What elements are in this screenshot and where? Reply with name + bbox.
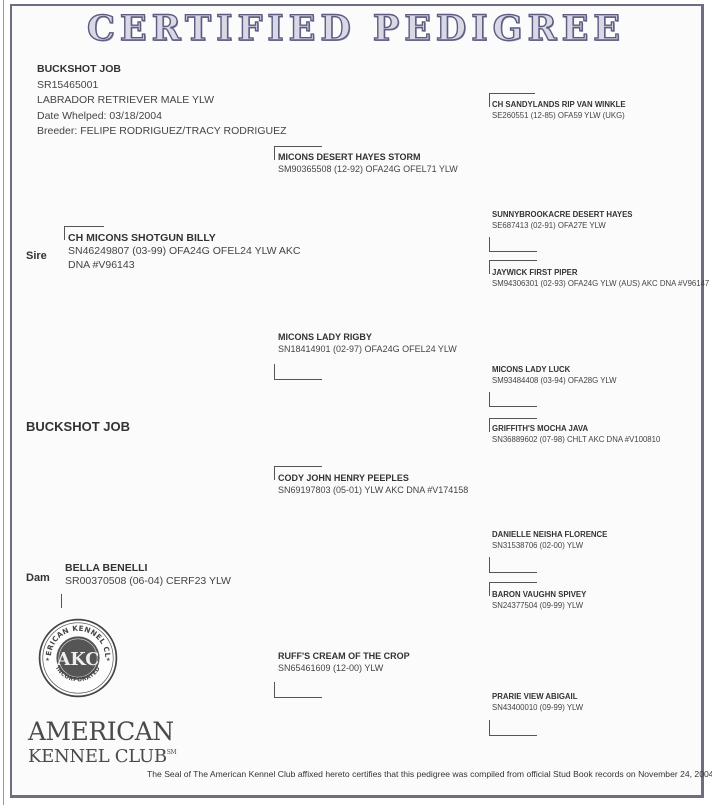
dam-entry: BELLA BENELLI SR00370508 (06-04) CERF23 … — [65, 562, 231, 588]
gen3-info-3: SM94306301 (02-93) OFA24G YLW (AUS) AKC … — [492, 279, 709, 288]
subject-registration: SR15465001 — [37, 78, 287, 94]
gen3-8-bracket — [489, 720, 537, 736]
gen3-entry-7: BARON VAUGHN SPIVEY SN24377504 (09-99) Y… — [492, 590, 586, 610]
akc-wordmark-line1: AMERICAN — [28, 717, 174, 746]
sire-dam-bracket — [274, 364, 322, 380]
dam-label: Dam — [26, 572, 50, 584]
subject-name: BUCKSHOT JOB — [37, 62, 287, 78]
gen3-name-8: PRARIE VIEW ABIGAIL — [492, 692, 583, 701]
subject-date-whelped: Date Whelped: 03/18/2004 — [37, 109, 287, 125]
gen3-info-6: SN31538706 (02-00) YLW — [492, 541, 607, 550]
gen3-entry-2: SUNNYBROOKACRE DESERT HAYES SE687413 (02… — [492, 210, 633, 230]
akc-wordmark-line2: KENNEL CLUBSM — [28, 746, 176, 767]
dam-bracket — [61, 594, 62, 608]
gen3-name-3: JAYWICK FIRST PIPER — [492, 268, 709, 277]
gen3-2-bracket — [489, 237, 537, 252]
certification-footer: The Seal of The American Kennel Club aff… — [147, 769, 712, 779]
sire-entry: CH MICONS SHOTGUN BILLY SN46249807 (03-9… — [68, 232, 301, 272]
gen3-6-bracket — [489, 557, 537, 573]
dam-sire-entry: CODY JOHN HENRY PEEPLES SN69197803 (05-0… — [278, 473, 468, 495]
dam-dam-bracket — [274, 682, 322, 698]
dam-sire-info: SN69197803 (05-01) YLW AKC DNA #V174158 — [278, 485, 468, 495]
sire-name: CH MICONS SHOTGUN BILLY — [68, 232, 301, 244]
gen3-info-7: SN24377504 (09-99) YLW — [492, 601, 586, 610]
sire-sire-name: MICONS DESERT HAYES STORM — [278, 152, 458, 162]
subject-center-name: BUCKSHOT JOB — [26, 419, 130, 434]
sire-sire-info: SM90365508 (12-92) OFA24G OFEL71 YLW — [278, 164, 458, 174]
gen3-name-4: MICONS LADY LUCK — [492, 365, 617, 374]
sire-dam-entry: MICONS LADY RIGBY SN18414901 (02-97) OFA… — [278, 332, 457, 354]
sire-info: SN46249807 (03-99) OFA24G OFEL24 YLW AKC — [68, 244, 301, 258]
gen3-entry-5: GRIFFITH'S MOCHA JAVA SN36889602 (07-98)… — [492, 424, 660, 444]
dam-dam-entry: RUFF'S CREAM OF THE CROP SN65461609 (12-… — [278, 651, 410, 673]
gen3-entry-8: PRARIE VIEW ABIGAIL SN43400010 (09-99) Y… — [492, 692, 583, 712]
sire-dam-name: MICONS LADY RIGBY — [278, 332, 457, 342]
akc-seal-icon: AMERICAN KENNEL CLUB INCORPORATED AKC ★ … — [38, 618, 118, 698]
sire-sire-entry: MICONS DESERT HAYES STORM SM90365508 (12… — [278, 152, 458, 174]
gen3-entry-4: MICONS LADY LUCK SM93484408 (03-94) OFA2… — [492, 365, 617, 385]
dam-info: SR00370508 (06-04) CERF23 YLW — [65, 574, 231, 588]
sire-dam-info: SN18414901 (02-97) OFA24G OFEL24 YLW — [278, 344, 457, 354]
subject-header: BUCKSHOT JOB SR15465001 LABRADOR RETRIEV… — [37, 62, 287, 140]
subject-breed: LABRADOR RETRIEVER MALE YLW — [37, 93, 287, 109]
gen3-info-4: SM93484408 (03-94) OFA28G YLW — [492, 376, 617, 385]
svg-text:★: ★ — [45, 657, 50, 663]
certificate-title: CERTIFIED PEDIGREE — [0, 8, 712, 49]
gen3-entry-3: JAYWICK FIRST PIPER SM94306301 (02-93) O… — [492, 268, 709, 288]
gen3-info-5: SN36889602 (07-98) CHLT AKC DNA #V100810 — [492, 435, 660, 444]
svg-text:★: ★ — [106, 657, 111, 663]
gen3-info-2: SE687413 (02-91) OFA27E YLW — [492, 221, 633, 230]
dam-name: BELLA BENELLI — [65, 562, 231, 574]
page-edge-line — [3, 0, 4, 805]
gen3-name-7: BARON VAUGHN SPIVEY — [492, 590, 586, 599]
gen3-info-8: SN43400010 (09-99) YLW — [492, 703, 583, 712]
sire-label: Sire — [26, 250, 47, 262]
gen3-entry-1: CH SANDYLANDS RIP VAN WINKLE SE260551 (1… — [492, 100, 626, 120]
sire-info-2: DNA #V96143 — [68, 258, 301, 272]
service-mark: SM — [167, 749, 177, 756]
gen3-entry-6: DANIELLE NEISHA FLORENCE SN31538706 (02-… — [492, 530, 607, 550]
gen3-name-6: DANIELLE NEISHA FLORENCE — [492, 530, 607, 539]
gen3-name-1: CH SANDYLANDS RIP VAN WINKLE — [492, 100, 626, 109]
dam-dam-info: SN65461609 (12-00) YLW — [278, 663, 410, 673]
subject-breeder: Breeder: FELIPE RODRIGUEZ/TRACY RODRIGUE… — [37, 124, 287, 140]
dam-sire-name: CODY JOHN HENRY PEEPLES — [278, 473, 468, 483]
svg-text:AKC: AKC — [56, 649, 99, 670]
dam-dam-name: RUFF'S CREAM OF THE CROP — [278, 651, 410, 661]
gen3-info-1: SE260551 (12-85) OFA59 YLW (UKG) — [492, 111, 626, 120]
gen3-name-2: SUNNYBROOKACRE DESERT HAYES — [492, 210, 633, 219]
gen3-name-5: GRIFFITH'S MOCHA JAVA — [492, 424, 660, 433]
gen3-4-bracket — [489, 392, 537, 407]
